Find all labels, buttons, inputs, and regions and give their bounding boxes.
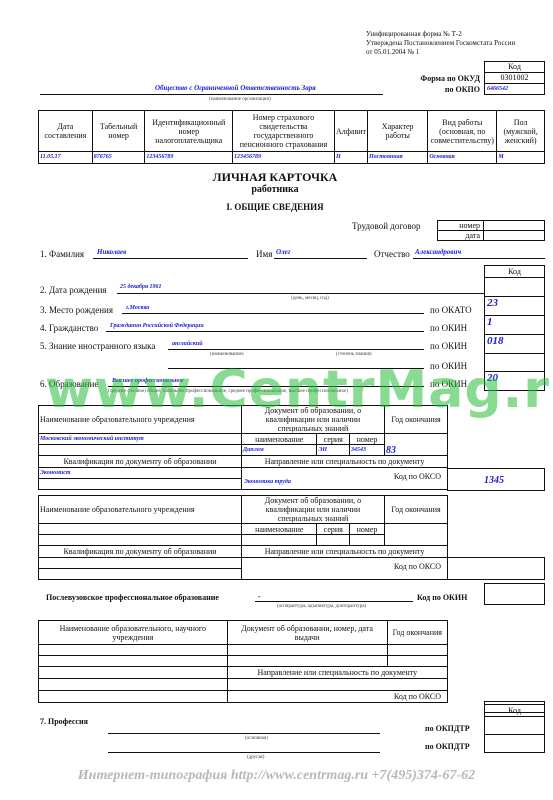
- profession-label: 7. Профессия: [40, 717, 88, 726]
- contract-date-field[interactable]: [483, 230, 545, 241]
- profession-other-okpdtr-label: по ОКПДТР: [425, 742, 470, 751]
- profession-main-okpdtr-label: по ОКПДТР: [425, 724, 470, 733]
- education-label: 6. Образование: [40, 379, 98, 389]
- edu2-inst-header: Наименование образовательного учреждения: [39, 496, 242, 524]
- value-tab-number[interactable]: 876765: [92, 152, 145, 164]
- postgrad-caption: (аспирантура, адъюнктура, докторантура): [277, 604, 366, 609]
- birthdate-value[interactable]: 25 декабря 1961: [120, 284, 162, 290]
- edu1-doc-name-header: наименование: [242, 434, 317, 445]
- birthdate-caption: (день, месяц, год): [250, 296, 370, 301]
- edu1-qual-header: Квалификация по документу об образовании: [39, 456, 242, 468]
- surname-value[interactable]: Николаев: [97, 248, 126, 256]
- postgrad-year-row2[interactable]: [387, 656, 447, 667]
- edu1-number-header: номер: [350, 434, 385, 445]
- education-okin-label: по ОКИН: [430, 379, 467, 389]
- postgrad-okin-code[interactable]: [484, 583, 545, 605]
- value-date[interactable]: 11.05.17: [39, 152, 93, 164]
- edu1-inst-header: Наименование образовательного учреждения: [39, 406, 242, 434]
- edu1-spec-cell[interactable]: Экономика труда Код по ОКСО: [242, 468, 448, 490]
- edu2-year[interactable]: [385, 524, 448, 546]
- value-snils[interactable]: 123456789: [233, 152, 335, 164]
- postgrad-inst-header: Наименование образовательного, научного …: [39, 621, 228, 645]
- edu1-qualification-line2[interactable]: [39, 479, 242, 490]
- profession-main-caption: (основная): [245, 736, 268, 741]
- approval-date: от 05.01.2004 № 1: [366, 48, 515, 57]
- edu1-okso-label: Код по ОКСО: [394, 472, 441, 481]
- header-snils: Номер страхового свидетельства государст…: [233, 111, 335, 152]
- edu2-spec-cell[interactable]: Код по ОКСО: [242, 558, 448, 580]
- edu2-qualification[interactable]: [39, 558, 242, 569]
- form-approval-note: Унифицированная форма № Т-2 Утверждена П…: [366, 30, 515, 57]
- okato-code[interactable]: 23: [484, 296, 545, 316]
- postgrad-inst-row2[interactable]: [39, 656, 228, 667]
- edu2-doc-name[interactable]: [242, 535, 317, 546]
- edu2-series[interactable]: [317, 535, 350, 546]
- value-work-type[interactable]: Основная: [428, 152, 497, 164]
- edu2-institution[interactable]: [39, 524, 242, 535]
- header-date: Дата составления: [39, 111, 93, 152]
- edu2-number-header: номер: [350, 524, 385, 535]
- okpo-code: 6466542: [484, 83, 545, 95]
- patronymic-label: Отчество: [374, 249, 410, 259]
- okpo-label: по ОКПО: [380, 85, 480, 94]
- language2-code[interactable]: [484, 353, 545, 372]
- header-work-nature: Характер работы: [368, 111, 428, 152]
- edu2-qual-header: Квалификация по документу об образовании: [39, 546, 242, 558]
- education-table-2: Наименование образовательного учреждения…: [38, 495, 448, 580]
- employee-info-table: Дата составления Табельный номер Идентиф…: [38, 110, 545, 164]
- header-inn: Идентификационный номер налогоплательщик…: [145, 111, 233, 152]
- edu2-series-header: серия: [317, 524, 350, 535]
- patronymic-value[interactable]: Александрович: [415, 248, 461, 256]
- postgrad-inst-row1[interactable]: [39, 645, 228, 656]
- birthdate-label: 2. Дата рождения: [40, 285, 107, 295]
- education-code[interactable]: 20: [484, 371, 545, 391]
- education-value[interactable]: Высшее профессиональное: [112, 378, 184, 384]
- language2-okin-label: по ОКИН: [430, 361, 467, 371]
- postgrad-okso-label: Код по ОКСО: [227, 691, 447, 703]
- education-caption: (среднее (полное) общее, начальное профе…: [108, 389, 348, 394]
- profession-other-code[interactable]: [484, 734, 545, 753]
- card-title: ЛИЧНАЯ КАРТОЧКА: [200, 170, 350, 185]
- postgrad-doc-row2[interactable]: [227, 656, 387, 667]
- citizenship-okin-label: по ОКИН: [430, 323, 467, 333]
- postgrad-inst-row4[interactable]: [39, 679, 228, 691]
- edu1-series-header: серия: [317, 434, 350, 445]
- first-name-value[interactable]: Олег: [276, 248, 290, 256]
- contract-label: Трудовой договор: [352, 221, 421, 231]
- language-okin-label: по ОКИН: [430, 341, 467, 351]
- postgrad-year-header: Год окончания: [387, 621, 447, 645]
- postgrad-label: Послевузовское профессиональное образова…: [46, 593, 219, 602]
- edu2-year-header: Год окончания: [385, 496, 448, 524]
- edu1-number[interactable]: 34543: [350, 445, 385, 456]
- card-subtitle: работника: [200, 184, 350, 195]
- birthplace-label: 3. Место рождения: [40, 305, 113, 315]
- header-gender: Пол (мужской, женский): [497, 111, 545, 152]
- edu1-year[interactable]: 83: [385, 434, 448, 456]
- language-caption-level: (степень знания): [336, 352, 372, 357]
- form-number: Унифицированная форма № Т-2: [366, 30, 515, 39]
- edu2-okso-code[interactable]: [447, 557, 545, 580]
- birthplace-value[interactable]: г.Москва: [126, 305, 149, 311]
- postgrad-okin-label: Код по ОКИН: [417, 593, 467, 602]
- okud-label: Форма по ОКУД: [380, 74, 480, 83]
- header-work-type: Вид работы (основная, по совместительств…: [428, 111, 497, 152]
- citizenship-value[interactable]: Гражданин Российской Федерации: [110, 323, 204, 329]
- surname-label: 1. Фамилия: [40, 249, 84, 259]
- value-inn[interactable]: 123456789: [145, 152, 233, 164]
- organization-caption: (наименование организации): [140, 97, 340, 102]
- edu1-specialty[interactable]: Экономика труда: [244, 478, 291, 487]
- postgrad-inst-row3[interactable]: [39, 667, 228, 679]
- edu1-series[interactable]: ЭН: [317, 445, 350, 456]
- postgrad-spec-header: Направление или специальность по докумен…: [227, 667, 447, 679]
- postgrad-spec-row[interactable]: [227, 679, 447, 691]
- profession-other-caption: (другая): [247, 755, 264, 760]
- footer-advert: Интернет-типография http://www.centrmag.…: [0, 768, 553, 784]
- edu1-doc-header: Документ об образовании, о квалификации …: [242, 406, 385, 434]
- postgrad-inst-row5[interactable]: [39, 691, 228, 703]
- language-value[interactable]: английский: [172, 341, 203, 347]
- approval-text: Утверждена Постановлением Госкомстата Ро…: [366, 39, 515, 48]
- organization-name[interactable]: Общество с Ограниченной Ответственность …: [155, 84, 316, 92]
- header-tab-number: Табельный номер: [92, 111, 145, 152]
- postgrad-doc-row1[interactable]: [227, 645, 387, 656]
- section-title: I. ОБЩИЕ СВЕДЕНИЯ: [200, 202, 350, 212]
- value-alphabet[interactable]: Н: [334, 152, 367, 164]
- birthdate-code-cell: [484, 277, 545, 297]
- postgrad-table: Наименование образовательного, научного …: [38, 620, 448, 703]
- edu2-qualification-line2[interactable]: [39, 569, 242, 580]
- edu2-institution-line2[interactable]: [39, 535, 242, 546]
- citizenship-code[interactable]: 1: [484, 315, 545, 335]
- language-label: 5. Знание иностранного языка: [40, 341, 155, 351]
- edu1-year-header: Год окончания: [385, 406, 448, 434]
- language-caption-name: (наименование): [210, 352, 244, 357]
- postgrad-doc-header: Документ об образовании, номер, дата выд…: [227, 621, 387, 645]
- first-name-label: Имя: [256, 249, 272, 259]
- edu2-doc-header: Документ об образовании, о квалификации …: [242, 496, 385, 524]
- okato-label: по ОКАТО: [430, 305, 472, 315]
- edu1-spec-header: Направление или специальность по докумен…: [242, 456, 448, 468]
- postgrad-value[interactable]: -: [258, 592, 261, 601]
- edu1-institution-line2[interactable]: [39, 445, 242, 456]
- value-gender[interactable]: М: [497, 152, 545, 164]
- profession-main-code[interactable]: [484, 716, 545, 735]
- edu1-okso-code[interactable]: 1345: [447, 468, 545, 491]
- language-code[interactable]: 018: [484, 334, 545, 354]
- value-work-nature[interactable]: Постоянная: [368, 152, 428, 164]
- postgrad-year-row1[interactable]: [387, 645, 447, 656]
- citizenship-label: 4. Гражданство: [40, 323, 98, 333]
- edu2-doc-name-header: наименование: [242, 524, 317, 535]
- contract-date-label: дата: [437, 230, 484, 241]
- edu2-number[interactable]: [350, 535, 385, 546]
- edu2-spec-header: Направление или специальность по докумен…: [242, 546, 448, 558]
- edu1-qualification[interactable]: Экономист: [39, 468, 242, 479]
- header-alphabet: Алфавит: [334, 111, 367, 152]
- edu2-okso-label: Код по ОКСО: [394, 562, 441, 571]
- edu1-institution[interactable]: Московский экономический институт: [39, 434, 242, 445]
- education-table-1: Наименование образовательного учреждения…: [38, 405, 448, 490]
- edu1-doc-name[interactable]: Диплом: [242, 445, 317, 456]
